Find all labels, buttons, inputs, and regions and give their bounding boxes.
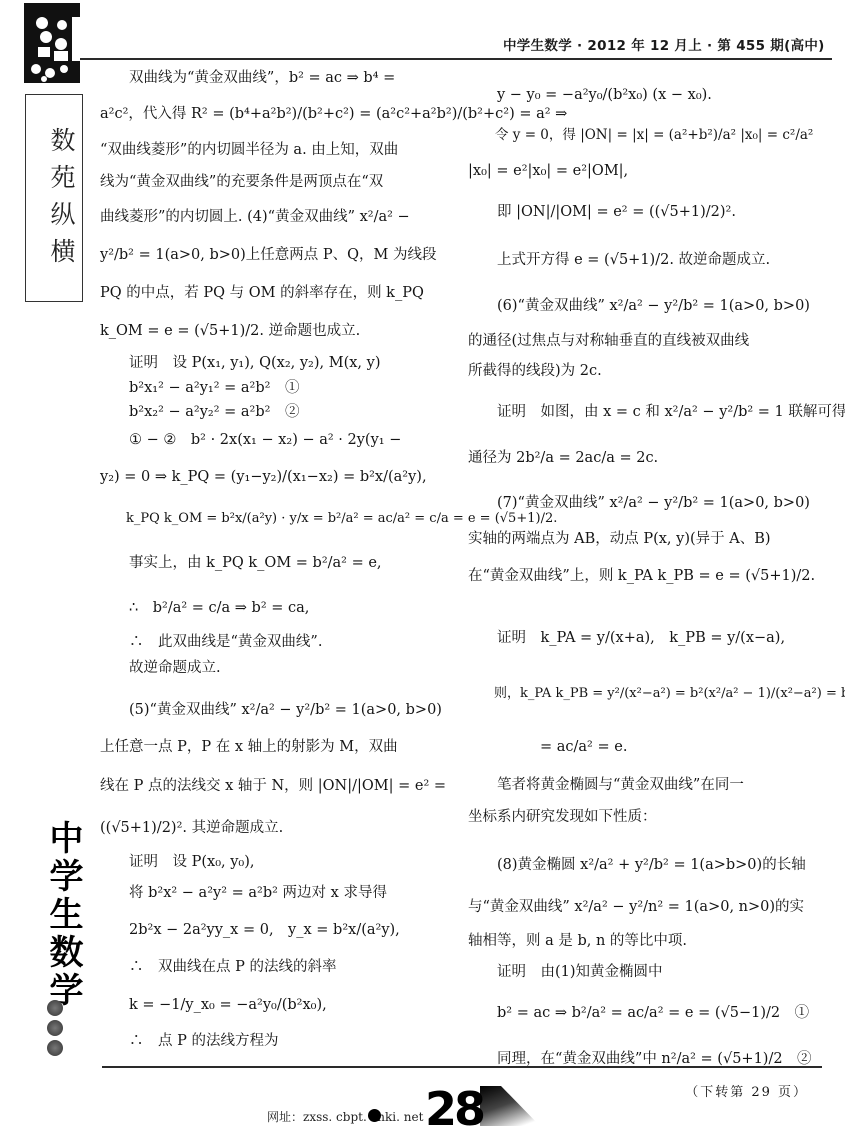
text-line: 2b²x − 2a²yy_x = 0, y_x = b²x/(a²y), xyxy=(100,910,435,950)
text-line: 坐标系内研究发现如下性质： xyxy=(468,801,808,843)
text-line: (7)“黄金双曲线” x²/a² − y²/b² = 1(a>0, b>0) xyxy=(468,483,808,523)
text-line: ∴ 双曲线在点 P 的法线的斜率 xyxy=(100,950,435,984)
decorative-dot-icon xyxy=(47,1020,63,1036)
text-line: ∴ 此双曲线是“黄金双曲线”. xyxy=(100,630,435,654)
page-number: 28 xyxy=(425,1082,483,1136)
left-column: 双曲线为“黄金双曲线”，b² = ac ⇒ b⁴ = a²c²，代入得 R² =… xyxy=(100,62,435,1056)
text-line: k_PQ k_OM = b²x/(a²y) · y/x = b²/a² = ac… xyxy=(100,498,435,540)
footer-divider xyxy=(102,1066,822,1068)
right-column: y − y₀ = −a²y₀/(b²x₀) (x − x₀). 令 y = 0，… xyxy=(468,73,808,1105)
continued-note: （下转第 29 页） xyxy=(468,1081,808,1105)
decorative-dot-icon xyxy=(47,1040,63,1056)
decorative-dot-icon xyxy=(47,1000,63,1016)
text-line: a²c²，代入得 R² = (b⁴+a²b²)/(b²+c²) = (a²c²+… xyxy=(100,94,435,134)
section-label-box: 数苑纵横 xyxy=(25,94,83,302)
proof-line: 证明 设 P(x₁, y₁), Q(x₂, y₂), M(x, y) xyxy=(100,350,435,376)
text-line: 事实上，由 k_PQ k_OM = b²/a² = e, xyxy=(100,540,435,586)
text-line: ∴ b²/a² = c/a ⇒ b² = ca, xyxy=(100,586,435,630)
running-header: 中学生数学 · 2012 年 12 月上 · 第 455 期(高中) xyxy=(503,34,825,54)
bullet-icon xyxy=(368,1109,381,1122)
journal-logo: 中学生数学 xyxy=(30,800,82,1030)
text-line: |x₀| = e²|x₀| = e²|OM|, xyxy=(468,153,808,189)
text-line: 上式开方得 e = (√5+1)/2. 故逆命题成立. xyxy=(468,235,808,285)
text-line: = ac/a² = e. xyxy=(468,725,808,769)
equation-2: b²x₂² − a²y₂² = a²b² ② xyxy=(100,400,435,424)
text-line: 笔者将黄金椭圆与“黄金双曲线”在同一 xyxy=(468,769,808,801)
text-line: 实轴的两端点为 AB，动点 P(x, y)(异于 A、B) xyxy=(468,523,808,555)
text-line: 双曲线为“黄金双曲线”，b² = ac ⇒ b⁴ = xyxy=(100,62,435,94)
text-line: 故逆命题成立. xyxy=(100,654,435,690)
equation-1: b²x₁² − a²y₁² = a²b² ① xyxy=(100,376,435,400)
text-line: 所截得的线段)为 2c. xyxy=(468,355,808,391)
equation-1: b² = ac ⇒ b²/a² = ac/a² = e = (√5−1)/2 ① xyxy=(468,989,808,1037)
proof-line: 证明 如图，由 x = c 和 x²/a² − y²/b² = 1 联解可得 xyxy=(468,391,808,433)
proof-line: 证明 由(1)知黄金椭圆中 xyxy=(468,955,808,989)
text-line: (5)“黄金双曲线” x²/a² − y²/b² = 1(a>0, b>0) xyxy=(100,690,435,730)
text-line: (6)“黄金双曲线” x²/a² − y²/b² = 1(a>0, b>0) xyxy=(468,285,808,327)
text-line: k = −1/y_x₀ = −a²y₀/(b²x₀), xyxy=(100,984,435,1026)
section-title: 数苑纵横 xyxy=(26,127,82,275)
text-line: PQ 的中点，若 PQ 与 OM 的斜率存在，则 k_PQ xyxy=(100,274,435,312)
text-line: y − y₀ = −a²y₀/(b²x₀) (x − x₀). xyxy=(468,73,808,117)
text-line: 的通径(过焦点与对称轴垂直的直线被双曲线 xyxy=(468,327,808,355)
text-line: 轴相等，则 a 是 b, n 的等比中项. xyxy=(468,927,808,955)
text-line: 即 |ON|/|OM| = e² = ((√5+1)/2)². xyxy=(468,189,808,235)
text-line: y₂) = 0 ⇒ k_PQ = (y₁−y₂)/(x₁−x₂) = b²x/(… xyxy=(100,456,435,498)
proof-line: 证明 设 P(x₀, y₀), xyxy=(100,848,435,876)
text-line: 通径为 2b²/a = 2ac/a = 2c. xyxy=(468,433,808,483)
equation-2: 同理，在“黄金双曲线”中 n²/a² = (√5+1)/2 ② xyxy=(468,1037,808,1081)
text-line: ((√5+1)/2)². 其逆命题成立. xyxy=(100,808,435,848)
text-line: “双曲线菱形”的内切圆半径为 a. 由上知，双曲 xyxy=(100,134,435,166)
proof-line: 证明 k_PA = y/(x+a), k_PB = y/(x−a), xyxy=(468,613,808,663)
text-line: 则，k_PA k_PB = y²/(x²−a²) = b²(x²/a² − 1)… xyxy=(468,663,808,725)
text-line: (8)黄金椭圆 x²/a² + y²/b² = 1(a>b>0)的长轴 xyxy=(468,843,808,887)
text-line: 线为“黄金双曲线”的充要条件是两顶点在“双 xyxy=(100,166,435,198)
text-line: 与“黄金双曲线” x²/a² − y²/n² = 1(a>0, n>0)的实 xyxy=(468,887,808,927)
header-divider xyxy=(62,58,832,60)
text-line: 在“黄金双曲线”上，则 k_PA k_PB = e = (√5+1)/2. xyxy=(468,555,808,613)
text-line: 线在 P 点的法线交 x 轴于 N，则 |ON|/|OM| = e² = xyxy=(100,764,435,808)
text-line: y²/b² = 1(a>0, b>0)上任意两点 P、Q，M 为线段 xyxy=(100,236,435,274)
footer-url: 网址：zxss. cbpt. cnki. net xyxy=(267,1108,423,1125)
text-line: 曲线菱形”的内切圆上. (4)“黄金双曲线” x²/a² − xyxy=(100,198,435,236)
text-line: ① − ② b² · 2x(x₁ − x₂) − a² · 2y(y₁ − xyxy=(100,424,435,456)
text-line: 将 b²x² − a²y² = a²b² 两边对 x 求导得 xyxy=(100,876,435,910)
text-line: 上任意一点 P，P 在 x 轴上的射影为 M，双曲 xyxy=(100,730,435,764)
children-illustration-icon xyxy=(24,3,80,83)
text-line: k_OM = e = (√5+1)/2. 逆命题也成立. xyxy=(100,312,435,350)
text-line: 令 y = 0，得 |ON| = |x| = (a²+b²)/a² |x₀| =… xyxy=(468,117,808,153)
text-line: ∴ 点 P 的法线方程为 xyxy=(100,1026,435,1056)
